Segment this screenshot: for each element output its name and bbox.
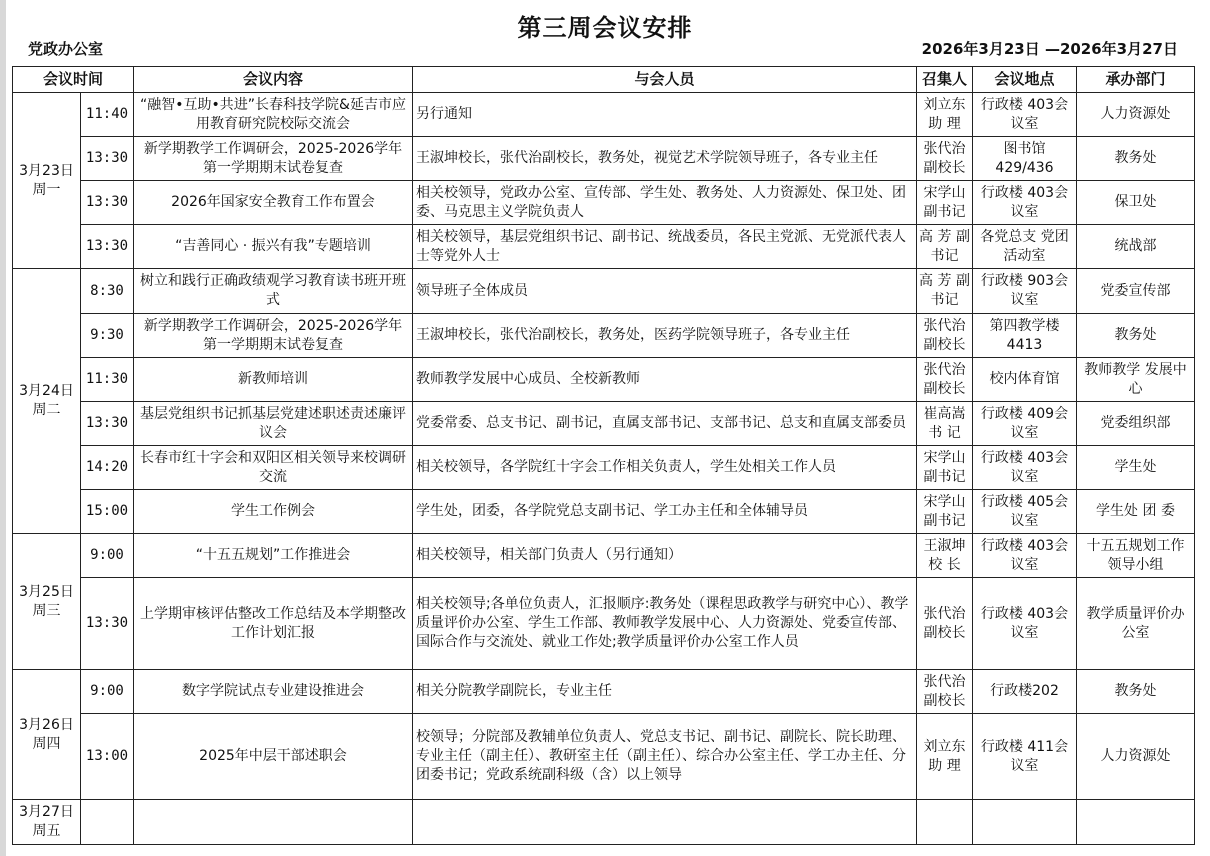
meeting-convener: 高 芳 副书记 [917, 269, 973, 314]
meeting-attendees: 校领导；分院部及教辅单位负责人、党总支书记、副书记、副院长、院长助理、专业主任（… [413, 714, 917, 800]
meeting-content: 基层党组织书记抓基层党建述职述责述廉评议会 [134, 402, 413, 446]
table-row: 13:30新学期教学工作调研会，2025-2026学年第一学期期末试卷复查王淑坤… [13, 137, 1195, 181]
meeting-content: “融智•互助•共进”长春科技学院&延吉市应用教育研究院校际交流会 [134, 93, 413, 137]
meeting-location: 行政楼 403会议室 [973, 534, 1077, 578]
meeting-time: 13:30 [81, 137, 134, 181]
meeting-department: 党委组织部 [1077, 402, 1195, 446]
day-date: 3月24日 [16, 382, 77, 401]
day-date: 3月27日 [16, 803, 77, 822]
meeting-location: 行政楼 411会议室 [973, 714, 1077, 800]
meeting-content: 新学期教学工作调研会，2025-2026学年第一学期期末试卷复查 [134, 137, 413, 181]
meeting-time: 14:20 [81, 446, 134, 490]
meeting-content: 2025年中层干部述职会 [134, 714, 413, 800]
meeting-content: “吉善同心 · 振兴有我”专题培训 [134, 225, 413, 269]
meeting-attendees: 相关校领导，党政办公室、宣传部、学生处、教务处、人力资源处、保卫处、团委、马克思… [413, 181, 917, 225]
meeting-department [1077, 800, 1195, 845]
day-cell: 3月23日周一 [13, 93, 81, 269]
meeting-location: 行政楼 403会议室 [973, 578, 1077, 670]
meeting-time: 9:30 [81, 314, 134, 358]
page-edge [0, 0, 6, 856]
meeting-location [973, 800, 1077, 845]
col-header-content: 会议内容 [134, 67, 413, 93]
meeting-department: 统战部 [1077, 225, 1195, 269]
date-range: 2026年3月23日 —2026年3月27日 [922, 38, 1178, 59]
meeting-attendees: 领导班子全体成员 [413, 269, 917, 314]
meeting-location: 各党总支 党团活动室 [973, 225, 1077, 269]
day-weekday: 周三 [16, 602, 77, 621]
meeting-department: 教务处 [1077, 137, 1195, 181]
day-weekday: 周一 [16, 181, 77, 200]
meeting-attendees: 相关校领导，基层党组织书记、副书记、统战委员，各民主党派、无党派代表人士等党外人… [413, 225, 917, 269]
meeting-time: 8:30 [81, 269, 134, 314]
meeting-department: 人力资源处 [1077, 714, 1195, 800]
day-weekday: 周二 [16, 401, 77, 420]
meeting-time: 9:00 [81, 670, 134, 714]
meeting-content: 新教师培训 [134, 358, 413, 402]
day-cell: 3月26日周四 [13, 670, 81, 800]
meeting-convener: 宋学山 副书记 [917, 446, 973, 490]
meeting-attendees [413, 800, 917, 845]
issuing-office: 党政办公室 [28, 38, 103, 59]
table-row: 3月27日周五 [13, 800, 1195, 845]
table-row: 3月26日周四9:00数字学院试点专业建设推进会相关分院教学副院长，专业主任张代… [13, 670, 1195, 714]
meeting-convener: 张代治 副校长 [917, 137, 973, 181]
day-weekday: 周四 [16, 735, 77, 754]
meeting-time: 13:30 [81, 578, 134, 670]
meeting-department: 教学质量评价办公室 [1077, 578, 1195, 670]
meeting-convener: 张代治 副校长 [917, 358, 973, 402]
meeting-convener: 宋学山 副书记 [917, 181, 973, 225]
col-header-time: 会议时间 [13, 67, 134, 93]
meeting-time: 13:30 [81, 181, 134, 225]
meeting-convener: 宋学山 副书记 [917, 490, 973, 534]
table-row: 13:302026年国家安全教育工作布置会相关校领导，党政办公室、宣传部、学生处… [13, 181, 1195, 225]
day-cell: 3月27日周五 [13, 800, 81, 845]
meeting-attendees: 相关校领导，相关部门负责人（另行通知） [413, 534, 917, 578]
meeting-content: 数字学院试点专业建设推进会 [134, 670, 413, 714]
table-row: 3月25日周三9:00“十五五规划”工作推进会相关校领导，相关部门负责人（另行通… [13, 534, 1195, 578]
table-row: 13:30上学期审核评估整改工作总结及本学期整改工作计划汇报相关校领导;各单位负… [13, 578, 1195, 670]
meeting-department: 学生处 团 委 [1077, 490, 1195, 534]
meeting-location: 行政楼 409会议室 [973, 402, 1077, 446]
meeting-convener: 张代治 副校长 [917, 314, 973, 358]
meeting-department: 教务处 [1077, 314, 1195, 358]
day-cell: 3月25日周三 [13, 534, 81, 670]
meeting-attendees: 教师教学发展中心成员、全校新教师 [413, 358, 917, 402]
table-row: 3月24日周二8:30树立和践行正确政绩观学习教育读书班开班式领导班子全体成员高… [13, 269, 1195, 314]
day-date: 3月25日 [16, 583, 77, 602]
meeting-convener: 刘立东 助 理 [917, 714, 973, 800]
table-row: 11:30新教师培训教师教学发展中心成员、全校新教师张代治 副校长校内体育馆教师… [13, 358, 1195, 402]
meeting-department: 十五五规划工作领导小组 [1077, 534, 1195, 578]
table-row: 13:30基层党组织书记抓基层党建述职述责述廉评议会党委常委、总支书记、副书记，… [13, 402, 1195, 446]
day-date: 3月23日 [16, 162, 77, 181]
meeting-convener: 张代治 副校长 [917, 578, 973, 670]
table-row: 13:002025年中层干部述职会校领导；分院部及教辅单位负责人、党总支书记、副… [13, 714, 1195, 800]
meeting-content: “十五五规划”工作推进会 [134, 534, 413, 578]
meeting-convener: 刘立东 助 理 [917, 93, 973, 137]
meeting-attendees: 相关校领导;各单位负责人，汇报顺序:教务处（课程思政教学与研究中心）、教学质量评… [413, 578, 917, 670]
col-header-convener: 召集人 [917, 67, 973, 93]
meeting-department: 人力资源处 [1077, 93, 1195, 137]
meeting-time: 11:40 [81, 93, 134, 137]
meeting-time: 13:30 [81, 402, 134, 446]
meeting-time: 11:30 [81, 358, 134, 402]
meeting-location: 行政楼202 [973, 670, 1077, 714]
header-row: 会议时间 会议内容 与会人员 召集人 会议地点 承办部门 [13, 67, 1195, 93]
meeting-location: 行政楼 403会议室 [973, 93, 1077, 137]
meeting-department: 党委宣传部 [1077, 269, 1195, 314]
meeting-content: 树立和践行正确政绩观学习教育读书班开班式 [134, 269, 413, 314]
meeting-location: 行政楼 903会议室 [973, 269, 1077, 314]
col-header-location: 会议地点 [973, 67, 1077, 93]
meeting-content: 新学期教学工作调研会，2025-2026学年第一学期期末试卷复查 [134, 314, 413, 358]
meeting-time: 15:00 [81, 490, 134, 534]
meeting-attendees: 学生处，团委，各学院党总支副书记、学工办主任和全体辅导员 [413, 490, 917, 534]
table-row: 13:30“吉善同心 · 振兴有我”专题培训相关校领导，基层党组织书记、副书记、… [13, 225, 1195, 269]
meeting-content: 上学期审核评估整改工作总结及本学期整改工作计划汇报 [134, 578, 413, 670]
meeting-time: 9:00 [81, 534, 134, 578]
day-date: 3月26日 [16, 716, 77, 735]
meeting-location: 第四教学楼 4413 [973, 314, 1077, 358]
col-header-department: 承办部门 [1077, 67, 1195, 93]
meeting-convener: 张代治 副校长 [917, 670, 973, 714]
meeting-content: 长春市红十字会和双阳区相关领导来校调研交流 [134, 446, 413, 490]
meeting-department: 教务处 [1077, 670, 1195, 714]
schedule-table: 会议时间 会议内容 与会人员 召集人 会议地点 承办部门 3月23日周一11:4… [12, 66, 1195, 845]
meeting-location: 校内体育馆 [973, 358, 1077, 402]
day-weekday: 周五 [16, 822, 77, 841]
meeting-location: 行政楼 403会议室 [973, 181, 1077, 225]
meeting-attendees: 王淑坤校长，张代治副校长，教务处，医药学院领导班子，各专业主任 [413, 314, 917, 358]
col-header-attendees: 与会人员 [413, 67, 917, 93]
meeting-convener: 高 芳 副书记 [917, 225, 973, 269]
table-row: 3月23日周一11:40“融智•互助•共进”长春科技学院&延吉市应用教育研究院校… [13, 93, 1195, 137]
meeting-content [134, 800, 413, 845]
meeting-department: 保卫处 [1077, 181, 1195, 225]
meeting-time: 13:00 [81, 714, 134, 800]
meeting-convener [917, 800, 973, 845]
meeting-convener: 王淑坤 校 长 [917, 534, 973, 578]
meeting-location: 行政楼 405会议室 [973, 490, 1077, 534]
meeting-attendees: 王淑坤校长，张代治副校长，教务处，视觉艺术学院领导班子，各专业主任 [413, 137, 917, 181]
meeting-attendees: 党委常委、总支书记、副书记，直属支部书记、支部书记、总支和直属支部委员 [413, 402, 917, 446]
meeting-department: 学生处 [1077, 446, 1195, 490]
meeting-attendees: 相关校领导，各学院红十字会工作相关负责人，学生处相关工作人员 [413, 446, 917, 490]
meeting-convener: 崔高嵩 书 记 [917, 402, 973, 446]
table-row: 15:00学生工作例会学生处，团委，各学院党总支副书记、学工办主任和全体辅导员宋… [13, 490, 1195, 534]
day-cell: 3月24日周二 [13, 269, 81, 534]
meeting-department: 教师教学 发展中心 [1077, 358, 1195, 402]
meeting-content: 学生工作例会 [134, 490, 413, 534]
meeting-attendees: 相关分院教学副院长，专业主任 [413, 670, 917, 714]
table-row: 14:20长春市红十字会和双阳区相关领导来校调研交流相关校领导，各学院红十字会工… [13, 446, 1195, 490]
meeting-content: 2026年国家安全教育工作布置会 [134, 181, 413, 225]
meeting-time: 13:30 [81, 225, 134, 269]
table-row: 9:30新学期教学工作调研会，2025-2026学年第一学期期末试卷复查王淑坤校… [13, 314, 1195, 358]
meeting-location: 图书馆 429/436 [973, 137, 1077, 181]
meeting-attendees: 另行通知 [413, 93, 917, 137]
meeting-location: 行政楼 403会议室 [973, 446, 1077, 490]
meeting-time [81, 800, 134, 845]
